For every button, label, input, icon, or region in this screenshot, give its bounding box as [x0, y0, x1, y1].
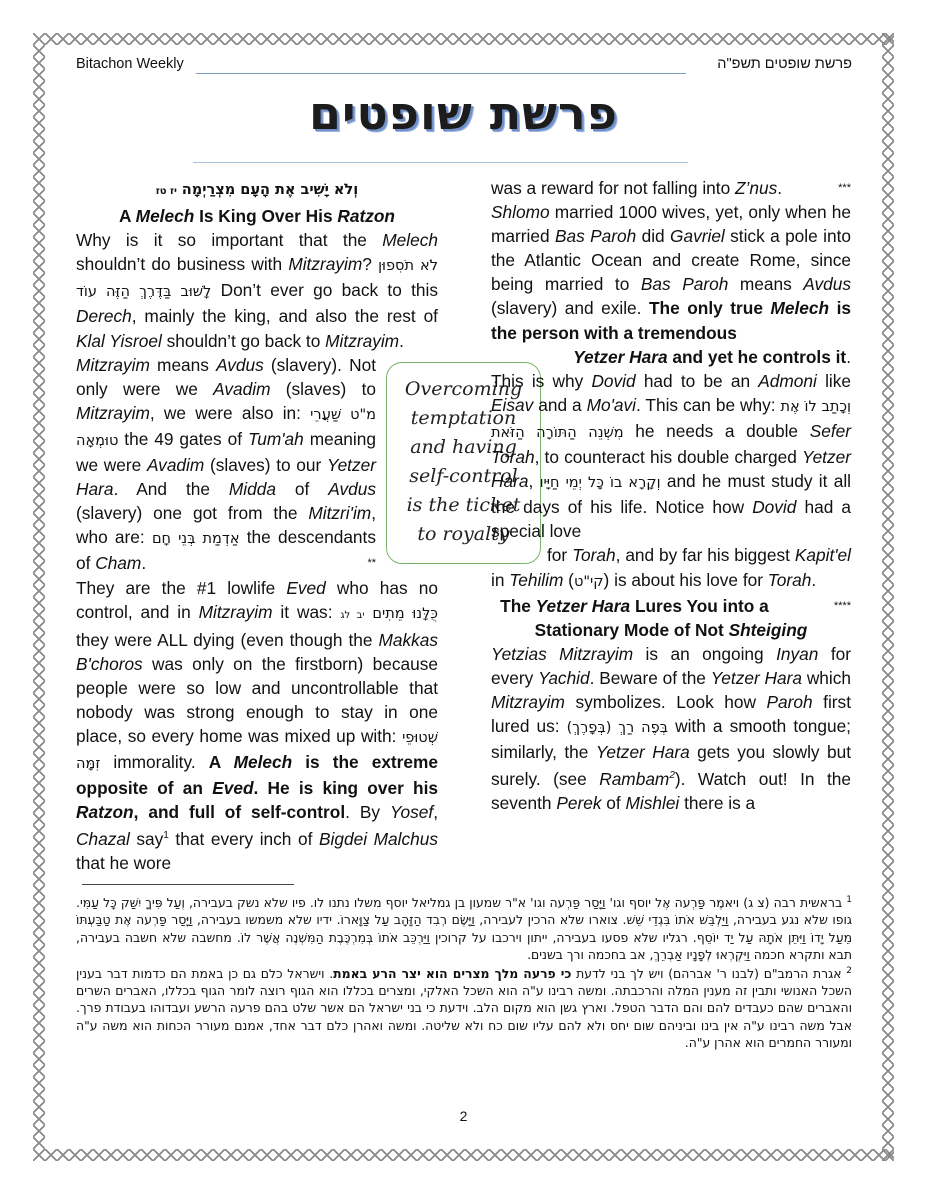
verse-line: וְלֹא יָשִׁיב אֶת הָעָם מִצְרַיְמָה יז ט…: [76, 176, 438, 204]
left-column: וְלֹא יָשִׁיב אֶת הָעָם מִצְרַיְמָה יז ט…: [76, 176, 438, 875]
right-column: was a reward for not falling into Z’nus.…: [491, 176, 851, 815]
section-heading-1: A Melech Is King Over His Ratzon: [76, 204, 438, 228]
page-title: פרשת שופטים: [0, 86, 927, 140]
paragraph: Shlomo married 1000 wives, yet, only whe…: [491, 200, 851, 345]
hebrew-quote: בְּפֶה רַךְ (בְּפָרֶךְ): [567, 720, 668, 736]
page-number: 2: [0, 1108, 927, 1124]
footnotes: 1 בראשית רבה (צ ג) ויאמֶר פַּרְעה אֶל יו…: [76, 892, 852, 1051]
footnote-1: 1 בראשית רבה (צ ג) ויאמֶר פַּרְעה אֶל יו…: [76, 892, 852, 963]
title-rule: [193, 162, 688, 163]
header-rule: [196, 73, 686, 74]
footnote-2: 2 אגרת הרמב"ם (לבנו ר' אברהם) ויש לך בני…: [76, 963, 852, 1051]
border-right: [882, 33, 894, 1161]
verse-reference: יז טז: [156, 186, 177, 197]
parsha-date: פרשת שופטים תשפ"ה: [717, 56, 852, 72]
border-left: [33, 33, 45, 1161]
hebrew-quote: כֻּלָּנוּ מֵתִים: [372, 606, 438, 622]
border-top: [33, 33, 894, 45]
hebrew-quote: וְקָרָא בוֹ כָּל יְמֵי חַיָּיו: [540, 475, 661, 491]
paragraph-indented: Yetzer Hara and yet he controls it.: [491, 345, 851, 369]
section-break-stars: ***: [838, 176, 851, 200]
footnote-text: בראשית רבה (צ ג) ויאמֶר פַּרְעה אֶל יוסף…: [76, 895, 852, 962]
section-break-stars: ****: [778, 594, 851, 618]
paragraph: They are the #1 lowlife Eved who has no …: [76, 576, 438, 876]
page-header: Bitachon Weekly פרשת שופטים תשפ"ה: [76, 56, 852, 76]
paragraph: for Torah, and by far his biggest Kapit'…: [491, 543, 851, 593]
verse-text: וְלֹא יָשִׁיב אֶת הָעָם מִצְרַיְמָה: [182, 182, 358, 198]
publication-name: Bitachon Weekly: [76, 56, 184, 72]
border-bottom: [33, 1149, 894, 1161]
paragraph: Why is it so important that the Melech s…: [76, 228, 438, 352]
footnote-number: 1: [846, 895, 852, 905]
footnote-number: 2: [846, 966, 852, 976]
hebrew-quote: קי"ט: [574, 574, 604, 590]
section-break-stars: **: [367, 551, 376, 575]
paragraph: was a reward for not falling into Z’nus.…: [491, 176, 851, 200]
paragraph-beside-callout: This is why Dovid had to be an Admoni li…: [491, 369, 851, 544]
hebrew-quote: יב לג: [340, 610, 364, 621]
footnote-separator: [82, 884, 294, 885]
hebrew-quote: אַדְמַת בְּנֵי חָם: [152, 531, 240, 547]
paragraph-beside-callout: Mitzrayim means Avdus (slavery). Not onl…: [76, 353, 376, 576]
paragraph: Yetzias Mitzrayim is an ongoing Inyan fo…: [491, 642, 851, 815]
